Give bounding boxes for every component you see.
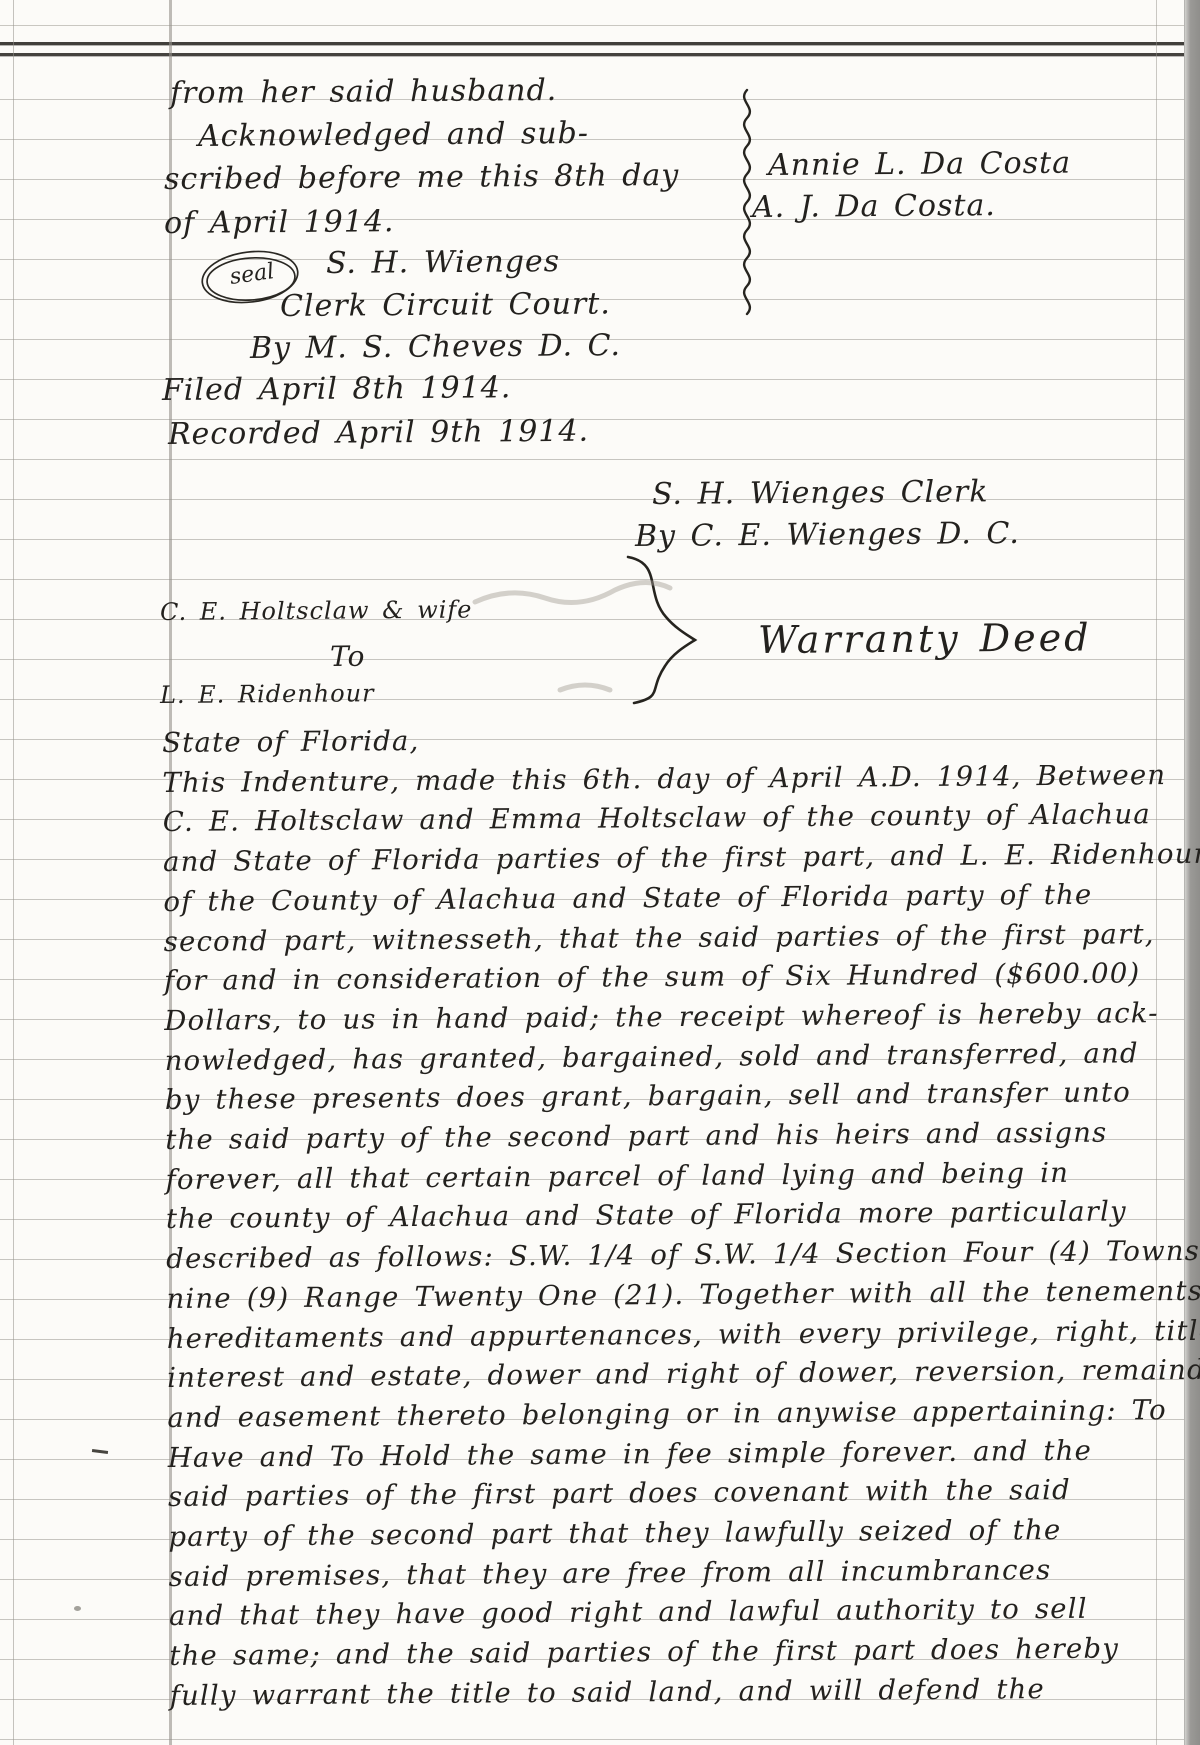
record-clerk-line: S. H. Wienges Clerk (652, 474, 989, 512)
top-faint-rule (0, 25, 1200, 26)
margin-ink-speck (74, 1606, 81, 1611)
margin-ink-dash (92, 1449, 108, 1454)
deputy-clerk-line: By M. S. Cheves D. C. (250, 328, 621, 366)
ink-smudge (475, 582, 670, 690)
instrument-type-title: Warranty Deed (758, 615, 1092, 662)
acknowledgment-line: scribed before me this 8th day (164, 158, 680, 197)
acknowledgment-line: from her said husband. (170, 73, 558, 111)
clerk-title: Clerk Circuit Court. (280, 286, 611, 324)
party-signature: Annie L. Da Costa (768, 146, 1071, 183)
seal-stamp: seal (213, 257, 292, 292)
recorded-date-line: Recorded April 9th 1914. (168, 414, 589, 452)
header-rule-bottom (0, 53, 1200, 56)
deed-body-line: fully warrant the title to said land, an… (169, 1669, 1174, 1717)
grantor-name: C. E. Holtsclaw & wife (160, 596, 473, 626)
acknowledgment-line: of April 1914. (164, 204, 395, 241)
ledger-page: from her said husband. Acknowledged and … (0, 0, 1200, 1745)
scan-gutter-shadow (1184, 0, 1200, 1745)
grantee-name: L. E. Ridenhour (160, 679, 375, 709)
clerk-signature: S. H. Wienges (326, 244, 560, 281)
acknowledgment-line: Acknowledged and sub- (198, 116, 589, 154)
wavy-brace-icon (744, 90, 750, 314)
filed-date-line: Filed April 8th 1914. (162, 370, 512, 408)
record-deputy-line: By C. E. Wienges D. C. (635, 516, 1020, 554)
deed-body: State of Florida,This Indenture, made th… (162, 716, 1175, 1716)
curly-brace-icon (628, 557, 695, 703)
left-edge-rule (13, 0, 14, 1745)
party-signature: A. J. Da Costa. (752, 188, 996, 225)
header-rule-top (0, 42, 1200, 45)
to-label: To (330, 640, 366, 673)
